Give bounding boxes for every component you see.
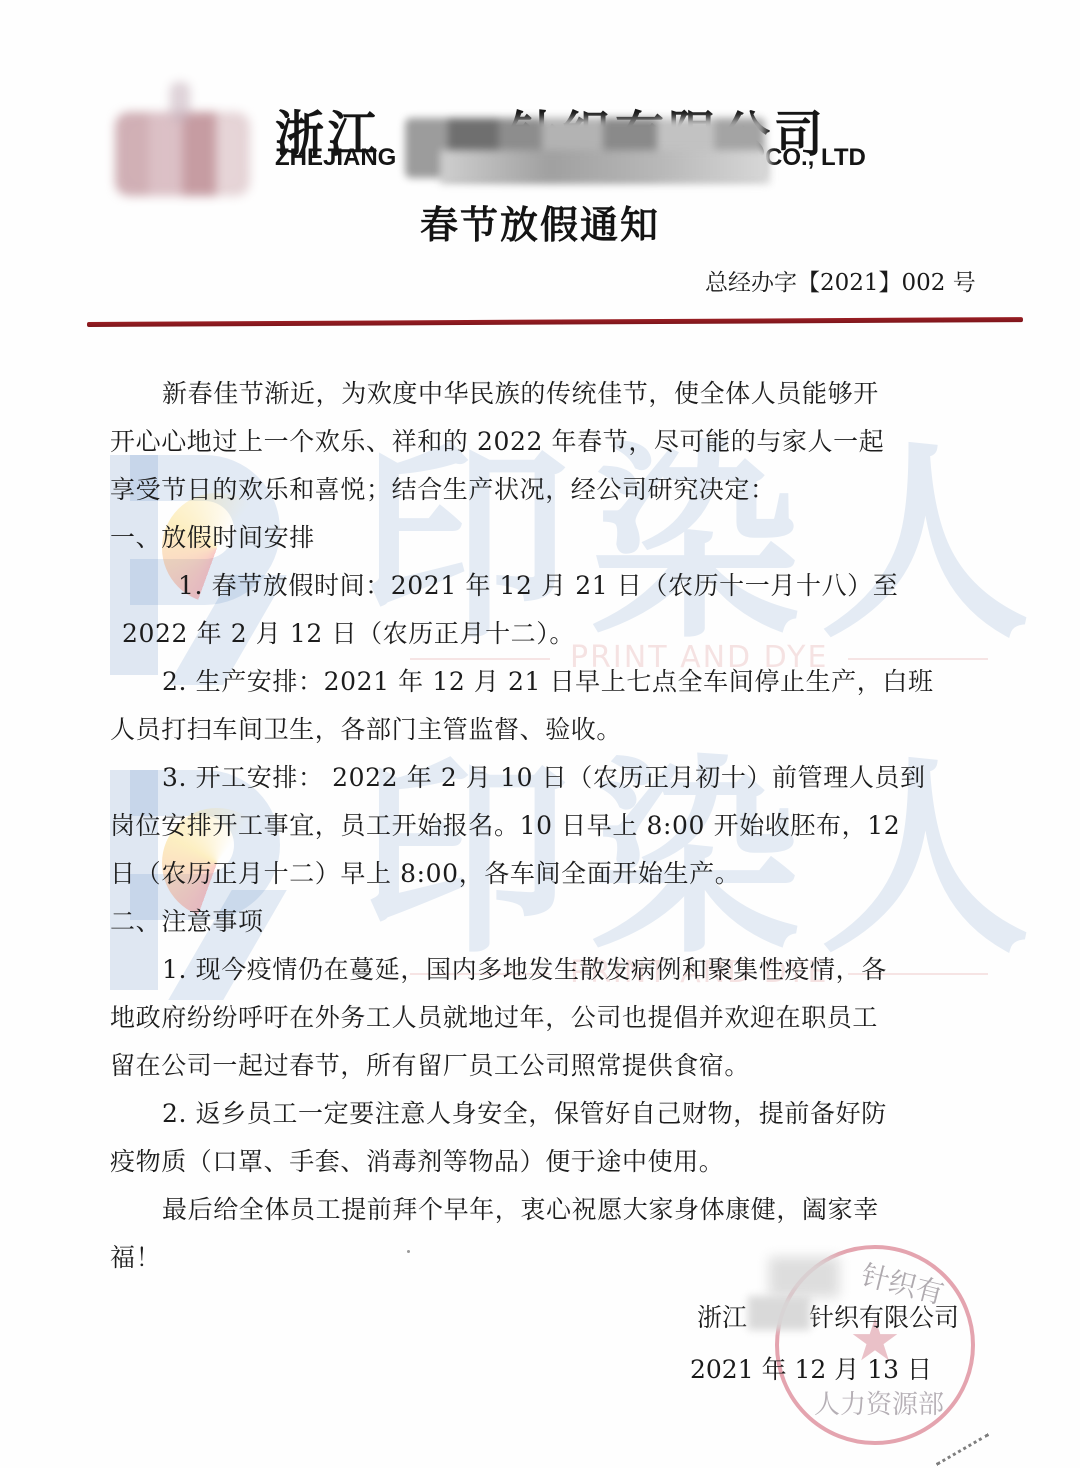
letterhead-company-en-suffix: CO., LTD [765,144,866,172]
body-line: 享受节日的欢乐和喜悦；结合生产状况，经公司研究决定： [110,466,980,514]
signature-company: 浙江针织有限公司 [697,1300,959,1336]
stamp-department-text: 人力资源部 [814,1384,944,1421]
body-line: 疫物质（口罩、手套、消毒剂等物品）便于途中使用。 [110,1138,980,1186]
body-line: 福！ [110,1234,980,1282]
document-number: 总经办字【2021】002 号 [705,266,976,300]
body-line: 岗位安排开工事宜，员工开始报名。10 日早上 8:00 开始收胚布，12 [110,802,980,850]
document-page: 印染人 PRINT AND DYE 印染人 PRINT AND DYE 浙江针织… [0,0,1080,1468]
redaction-blur [748,1296,810,1330]
signature-company-prefix: 浙江 [697,1303,747,1332]
body-line: 1. 春节放假时间：2021 年 12 月 21 日（农历十一月十八）至 [110,562,980,610]
body-line: 2. 返乡员工一定要注意人身安全，保管好自己财物，提前备好防 [110,1090,980,1138]
section-heading-notes: 二、注意事项 [110,898,980,946]
signature-company-suffix: 针织有限公司 [809,1303,959,1332]
section-heading-holiday-schedule: 一、放假时间安排 [110,514,980,562]
body-line: 最后给全体员工提前拜个早年，衷心祝愿大家身体康健，阖家幸 [110,1186,980,1234]
document-title: 春节放假通知 [0,200,1080,250]
body-line: 新春佳节渐近，为欢度中华民族的传统佳节，使全体人员能够开 [110,370,980,418]
letterhead-company-en-prefix: ZHEJIANG [275,144,396,172]
body-line: 2. 生产安排：2021 年 12 月 21 日早上七点全车间停止生产，白班 [110,658,980,706]
body-line: 日（农历正月十二）早上 8:00，各车间全面开始生产。 [110,850,980,898]
signature-date: 2021 年 12 月 13 日 [690,1352,932,1388]
notice-body: 新春佳节渐近，为欢度中华民族的传统佳节，使全体人员能够开 开心心地过上一个欢乐、… [110,370,980,1282]
body-line: 1. 现今疫情仍在蔓延，国内多地发生散发病例和聚集性疫情，各 [110,946,980,994]
body-line: 2022 年 2 月 12 日（农历正月十二）。 [110,610,980,658]
body-line: 地政府纷纷呼吁在外务工人员就地过年，公司也提倡并欢迎在职员工 [110,994,980,1042]
body-line: 3. 开工安排： 2022 年 2 月 10 日（农历正月初十）前管理人员到 [110,754,980,802]
body-line: 留在公司一起过春节，所有留厂员工公司照常提供食宿。 [110,1042,980,1090]
body-line: 人员打扫车间卫生，各部门主管监督、验收。 [110,706,980,754]
redaction-blur [440,150,770,184]
company-logo-redacted [115,112,250,196]
body-line: 开心心地过上一个欢乐、祥和的 2022 年春节，尽可能的与家人一起 [110,418,980,466]
red-divider-line [87,317,1023,327]
